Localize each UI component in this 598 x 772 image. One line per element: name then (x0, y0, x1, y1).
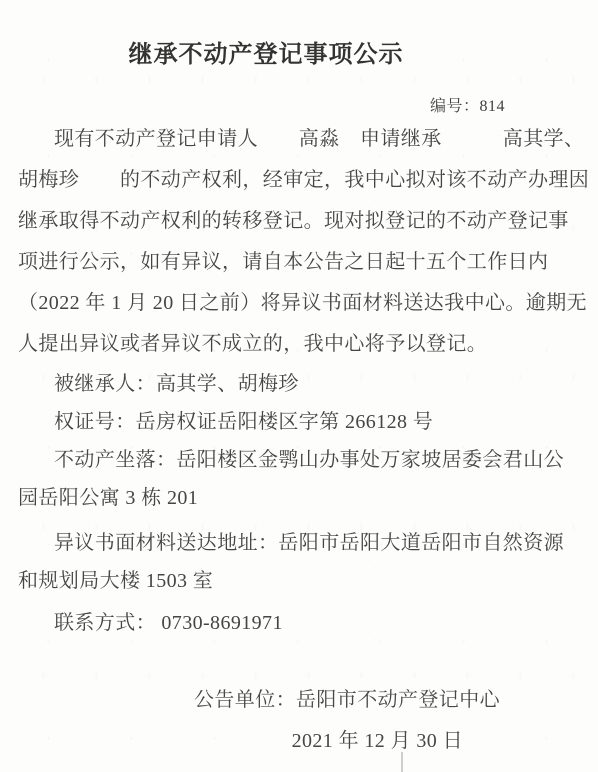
footer-date: 2021 年 12 月 30 日 (0, 722, 598, 760)
notice-title: 继承不动产登记事项公示 (0, 40, 565, 70)
field-property-location-1: 不动产坐落：岳阳楼区金鹗山办事处万家坡居委会君山公 (0, 441, 598, 479)
field-decedents: 被继承人：高其学、胡梅珍 (0, 365, 598, 403)
paragraph-line-3: 继承取得不动产权利的转移登记。现对拟登记的不动产登记事 (0, 201, 598, 242)
paragraph-line-5: （2022 年 1 月 20 日之前）将异议书面材料送达我中心。逾期无 (0, 283, 598, 324)
scan-line-artifact (401, 752, 403, 772)
paragraph-line-1: 现有不动产登记申请人 高淼 申请继承 高其学、 (0, 119, 598, 160)
paragraph-line-6: 人提出异议或者异议不成立的，我中心将予以登记。 (0, 324, 598, 365)
field-contact-phone: 联系方式： 0730-8691971 (0, 604, 598, 642)
notice-footer: 公告单位：岳阳市不动产登记中心 2021 年 12 月 30 日 (0, 681, 598, 760)
paragraph-line-4: 项进行公示，如有异议，请自本公告之日起十五个工作日内 (0, 242, 598, 283)
field-property-location-2: 园岳阳公寓 3 栋 201 (0, 479, 598, 517)
field-objection-address-1: 异议书面材料送达地址：岳阳市岳阳大道岳阳市自然资源 (0, 524, 598, 562)
field-certificate-number: 权证号：岳房权证岳阳楼区字第 266128 号 (0, 403, 598, 441)
footer-issuer: 公告单位：岳阳市不动产登记中心 (0, 681, 598, 719)
scanned-notice-page: 继承不动产登记事项公示 编号：814 现有不动产登记申请人 高淼 申请继承 高其… (0, 0, 598, 772)
field-objection-address-2: 和规划局大楼 1503 室 (0, 562, 598, 600)
notice-paragraph: 现有不动产登记申请人 高淼 申请继承 高其学、 胡梅珍 的不动产权利，经审定，我… (0, 119, 598, 365)
notice-fields: 被继承人：高其学、胡梅珍 权证号：岳房权证岳阳楼区字第 266128 号 不动产… (0, 365, 598, 642)
paragraph-line-2: 胡梅珍 的不动产权利，经审定，我中心拟对该不动产办理因 (0, 160, 598, 201)
doc-number: 编号：814 (0, 96, 598, 118)
